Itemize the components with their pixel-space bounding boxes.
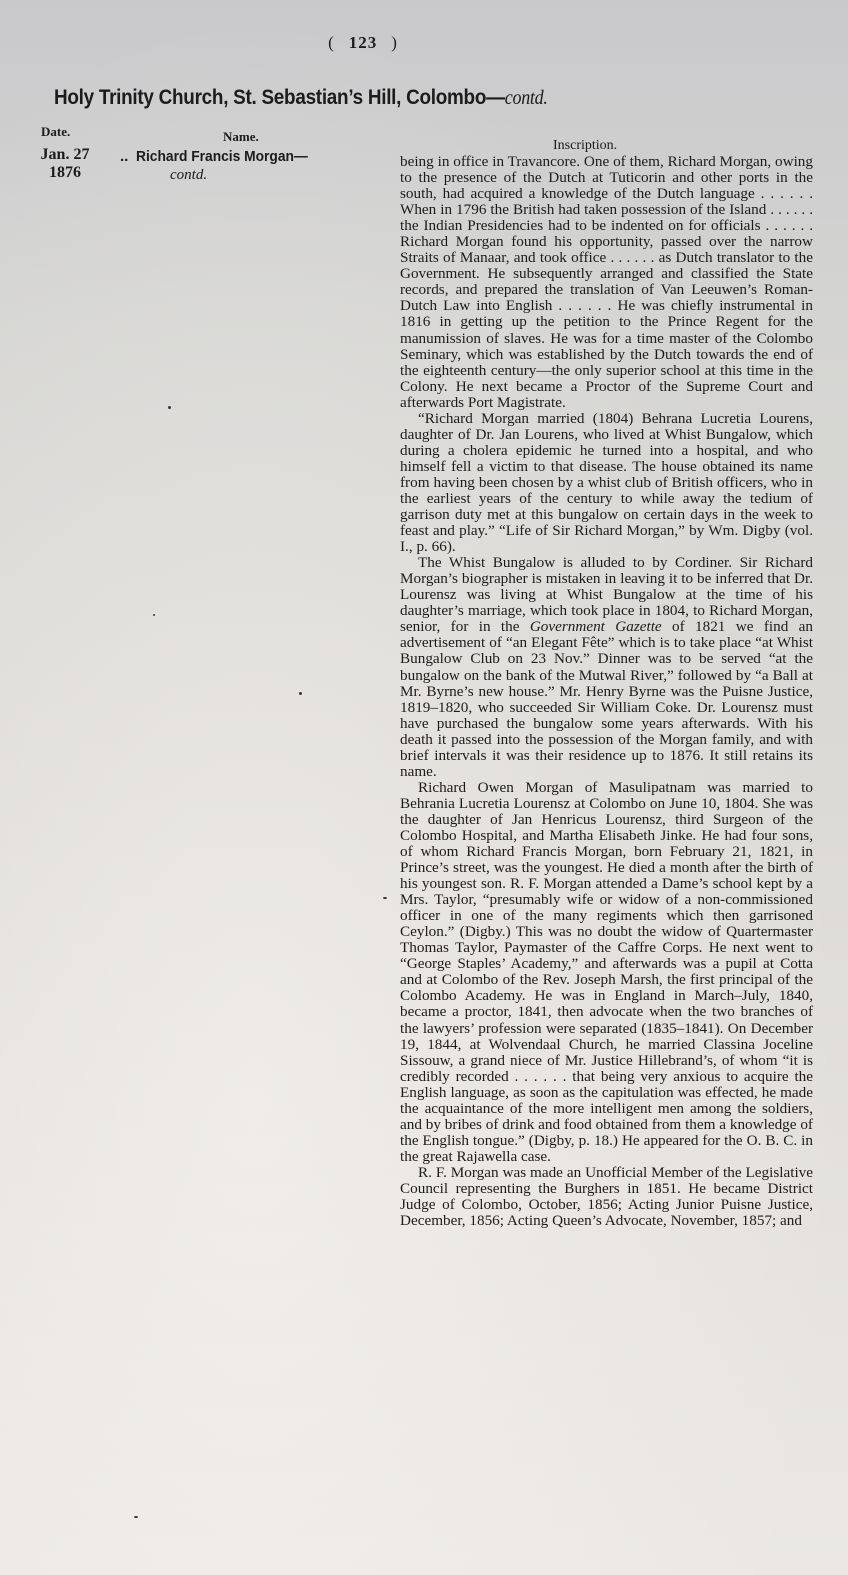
book-page: (123) Holy Trinity Church, St. Sebastian… [0, 0, 848, 1575]
inscription-paragraph: being in office in Travancore. One of th… [400, 154, 813, 411]
paper-speck [383, 897, 387, 899]
entry-name: ..Richard Francis Morgan— contd. [120, 148, 380, 184]
inscription-italic-title: Government Gazette [530, 618, 662, 635]
inscription-text-run: of 1821 we find an advertisement of “an … [400, 618, 813, 779]
inscription-text: being in office in Travancore. One of th… [400, 154, 813, 1229]
entry-date-day: Jan. 27 [30, 146, 100, 164]
column-header-inscription: Inscription. [553, 138, 617, 154]
entry-name-text: Richard Francis Morgan— [136, 148, 308, 166]
inscription-paragraph: R. F. Morgan was made an Unofficial Memb… [400, 1165, 813, 1229]
entry-leader-dots: .. [120, 148, 128, 165]
entry-date: Jan. 27 1876 [30, 146, 100, 182]
page-number-open-paren: ( [328, 33, 335, 52]
paper-speck [134, 1516, 138, 1518]
inscription-paragraph: “Richard Morgan married (1804) Behrana L… [400, 411, 813, 555]
entry-date-year: 1876 [30, 164, 100, 182]
page-number: (123) [318, 33, 408, 53]
paper-speck [299, 692, 302, 695]
entry-name-contd: contd. [120, 166, 380, 184]
page-number-value: 123 [349, 33, 378, 52]
section-heading-title: Holy Trinity Church, St. Sebastian’s Hil… [54, 86, 505, 109]
paper-speck [153, 614, 155, 616]
page-number-close-paren: ) [391, 33, 398, 52]
inscription-paragraph: The Whist Bungalow is alluded to by Cord… [400, 555, 813, 780]
section-heading-contd: contd. [505, 87, 548, 109]
column-header-date: Date. [41, 124, 70, 140]
paper-speck [168, 406, 171, 409]
section-heading: Holy Trinity Church, St. Sebastian’s Hil… [54, 86, 756, 110]
column-header-name: Name. [223, 129, 259, 145]
inscription-paragraph: Richard Owen Morgan of Masulipatnam was … [400, 780, 813, 1165]
